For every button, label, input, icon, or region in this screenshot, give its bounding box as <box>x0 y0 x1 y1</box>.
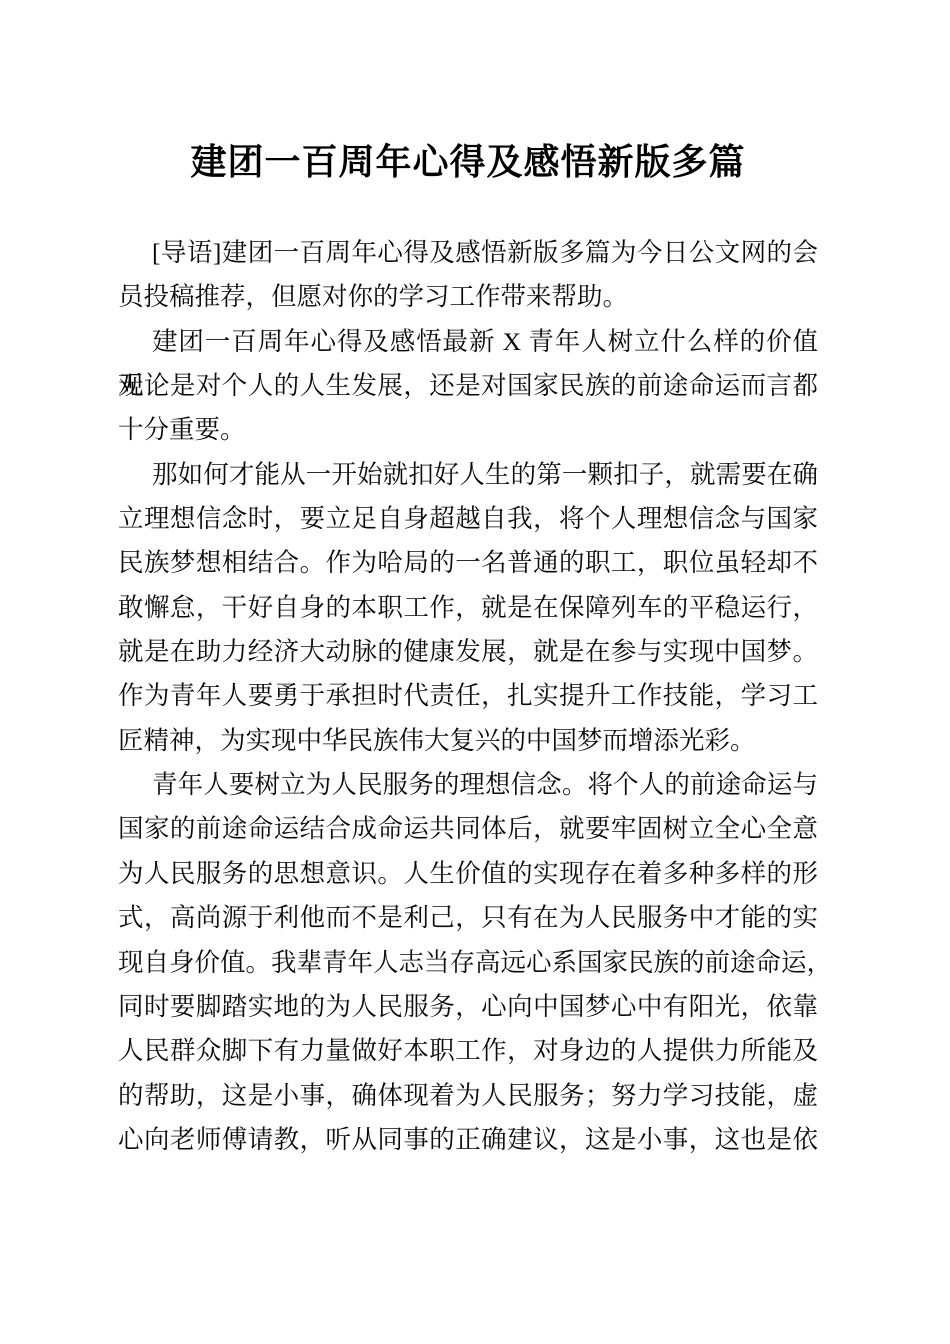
text-line-paragraph-3: 敢懈怠，干好自身的本职工作，就是在保障列车的平稳运行， <box>118 586 818 630</box>
text-line-paragraph-4: 为人民服务的思想意识。人生价值的实现存在着多种多样的形 <box>118 852 818 896</box>
text-line-paragraph-2: 十分重要。 <box>118 408 818 452</box>
text-line-paragraph-3: 匠精神，为实现中华民族伟大复兴的中国梦而增添光彩。 <box>118 719 818 763</box>
text-line-paragraph-3: 作为青年人要勇于承担时代责任，扎实提升工作技能，学习工 <box>118 674 818 718</box>
text-line-paragraph-4: 的帮助，这是小事，确体现着为人民服务；努力学习技能，虚 <box>118 1074 818 1118</box>
document-title: 建团一百周年心得及感悟新版多篇 <box>118 139 818 185</box>
text-line-paragraph-3: 立理想信念时，要立足自身超越自我，将个人理想信念与国家 <box>118 497 818 541</box>
text-line-paragraph-4: 人民群众脚下有力量做好本职工作，对身边的人提供力所能及 <box>118 1029 818 1073</box>
text-line-paragraph-2: 建团一百周年心得及感悟最新 X 青年人树立什么样的价值观 <box>118 320 818 364</box>
document-body: [导语]建团一百周年心得及感悟新版多篇为今日公文网的会员投稿推荐，但愿对你的学习… <box>118 231 818 1162</box>
text-line-paragraph-4: 青年人要树立为人民服务的理想信念。将个人的前途命运与 <box>118 763 818 807</box>
text-line-paragraph-4: 同时要脚踏实地的为人民服务，心向中国梦心中有阳光，依靠 <box>118 985 818 1029</box>
text-line-paragraph-3: 那如何才能从一开始就扣好人生的第一颗扣子，就需要在确 <box>118 453 818 497</box>
text-line-paragraph-4: 式，高尚源于利他而不是利己，只有在为人民服务中才能的实 <box>118 896 818 940</box>
text-line-paragraph-3: 民族梦想相结合。作为哈局的一名普通的职工，职位虽轻却不 <box>118 541 818 585</box>
text-line-paragraph-1: [导语]建团一百周年心得及感悟新版多篇为今日公文网的会 <box>118 231 818 275</box>
text-line-paragraph-4: 国家的前途命运结合成命运共同体后，就要牢固树立全心全意 <box>118 807 818 851</box>
document-page: 建团一百周年心得及感悟新版多篇 [导语]建团一百周年心得及感悟新版多篇为今日公文… <box>0 0 950 1344</box>
text-line-paragraph-2: 无论是对个人的人生发展，还是对国家民族的前途命运而言都 <box>118 364 818 408</box>
text-line-paragraph-3: 就是在助力经济大动脉的健康发展，就是在参与实现中国梦。 <box>118 630 818 674</box>
text-line-paragraph-4: 现自身价值。我辈青年人志当存高远心系国家民族的前途命运， <box>118 941 818 985</box>
text-line-paragraph-1: 员投稿推荐，但愿对你的学习工作带来帮助。 <box>118 275 818 319</box>
text-line-paragraph-4: 心向老师傅请教，听从同事的正确建议，这是小事，这也是依 <box>118 1118 818 1162</box>
